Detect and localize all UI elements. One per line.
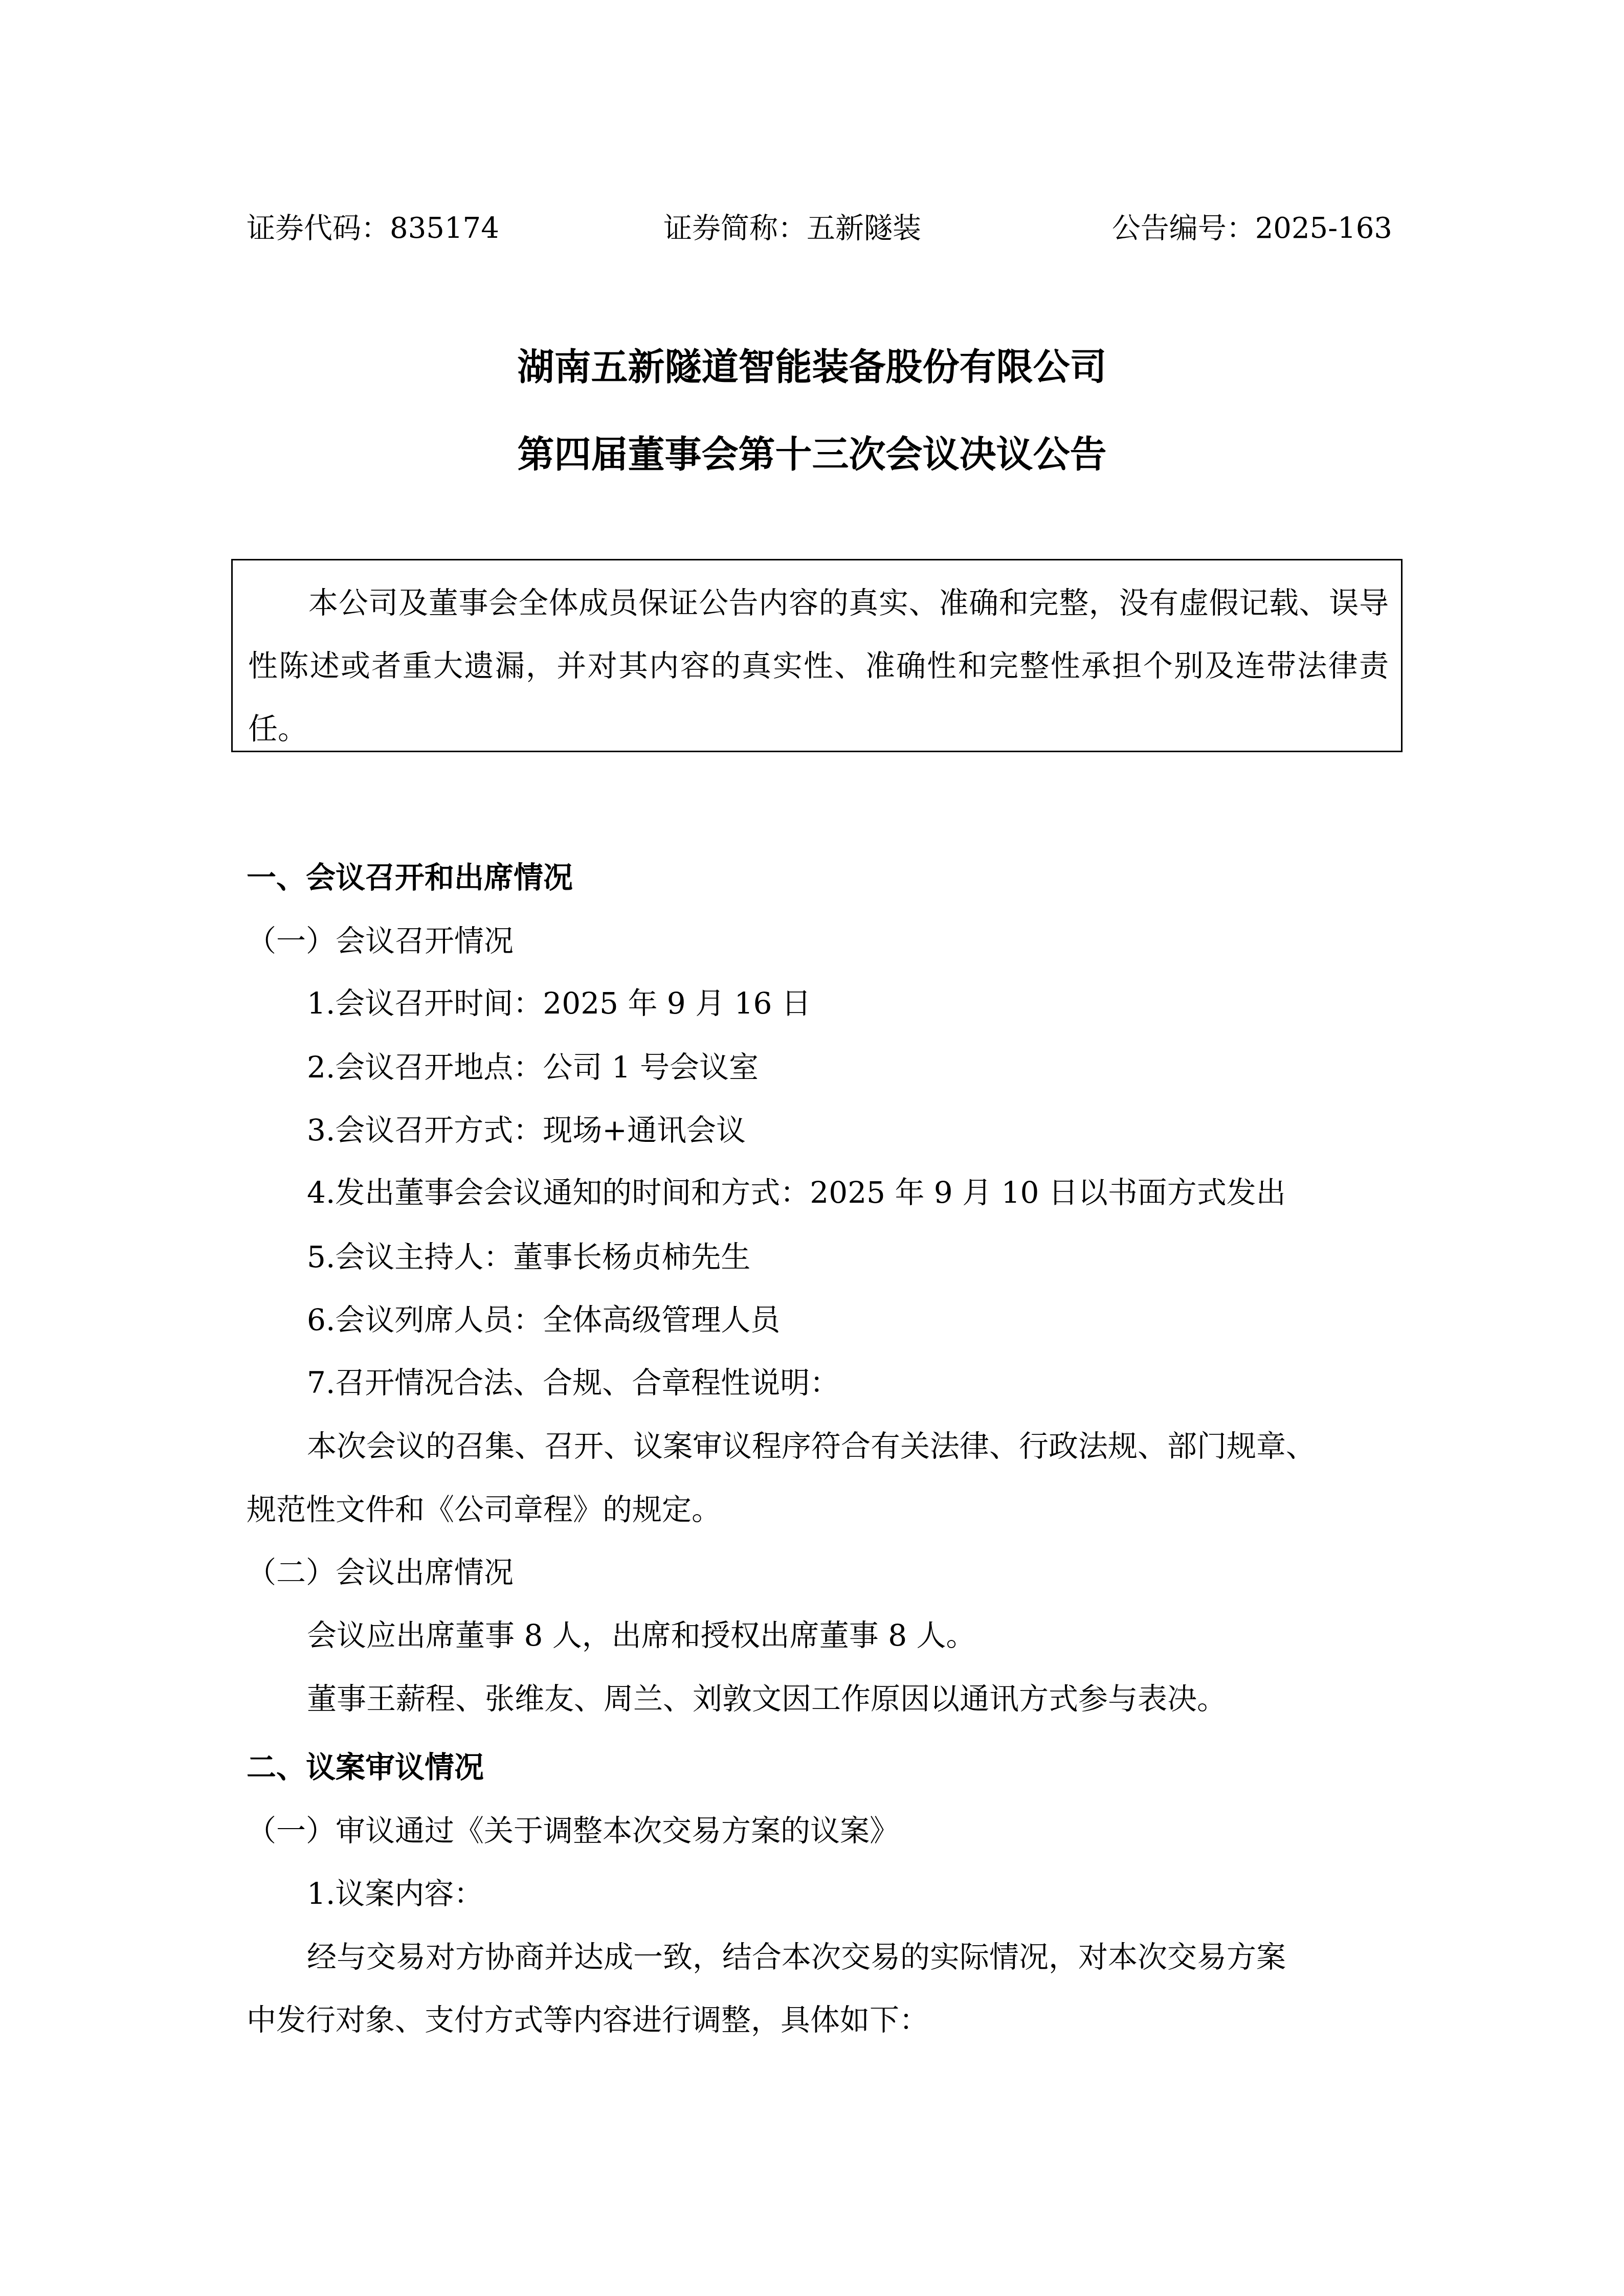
company-title: 湖南五新隧道智能装备股份有限公司 (0, 344, 1624, 390)
announcement-number: 公告编号：2025-163 (1112, 211, 1392, 246)
list-item-meeting-method: 3.会议召开方式：现场+通讯会议 (307, 1110, 746, 1151)
subsection-heading-attendance: （二）会议出席情况 (247, 1552, 514, 1593)
document-page: 证券代码：835174 证券简称：五新隧装 公告编号：2025-163 湖南五新… (0, 0, 1624, 2296)
security-code: 证券代码：835174 (247, 211, 499, 246)
list-item-host: 5.会议主持人：董事长杨贞柿先生 (307, 1236, 750, 1277)
disclaimer-text: 本公司及董事会全体成员保证公告内容的真实、准确和完整，没有虚假记载、误导性陈述或… (248, 572, 1389, 760)
list-item-attendees: 6.会议列席人员：全体高级管理人员 (307, 1299, 780, 1340)
proposal-content-line1: 经与交易对方协商并达成一致，结合本次交易的实际情况，对本次交易方案 (307, 1937, 1286, 1977)
list-item-meeting-location: 2.会议召开地点：公司 1 号会议室 (307, 1047, 759, 1088)
proposal-content-label: 1.议案内容： (307, 1873, 483, 1914)
security-abbreviation: 证券简称：五新隧装 (663, 211, 921, 246)
subsection-heading-convening: （一）会议召开情况 (247, 920, 514, 961)
disclaimer-box: 本公司及董事会全体成员保证公告内容的真实、准确和完整，没有虚假记载、误导性陈述或… (231, 559, 1403, 752)
list-item-compliance: 7.召开情况合法、合规、合章程性说明： (307, 1362, 839, 1403)
section-heading-meeting: 一、会议召开和出席情况 (247, 857, 573, 898)
compliance-text-line2: 规范性文件和《公司章程》的规定。 (247, 1489, 721, 1530)
compliance-text-line1: 本次会议的召集、召开、议案审议程序符合有关法律、行政法规、部门规章、 (307, 1426, 1316, 1467)
proposal-content-line2: 中发行对象、支付方式等内容进行调整，具体如下： (247, 1999, 929, 2040)
list-item-notice: 4.发出董事会会议通知的时间和方式：2025 年 9 月 10 日以书面方式发出 (307, 1172, 1286, 1213)
announcement-header: 证券代码：835174 证券简称：五新隧装 公告编号：2025-163 (247, 211, 1392, 246)
subsection-heading-proposal-1: （一）审议通过《关于调整本次交易方案的议案》 (247, 1810, 899, 1851)
remote-voting-text: 董事王薪程、张维友、周兰、刘敦文因工作原因以通讯方式参与表决。 (307, 1678, 1227, 1719)
announcement-title: 第四届董事会第十三次会议决议公告 (0, 431, 1624, 477)
section-heading-proposals: 二、议案审议情况 (247, 1747, 484, 1788)
attendance-text: 会议应出席董事 8 人，出席和授权出席董事 8 人。 (307, 1615, 976, 1656)
list-item-meeting-time: 1.会议召开时间：2025 年 9 月 16 日 (307, 983, 811, 1024)
